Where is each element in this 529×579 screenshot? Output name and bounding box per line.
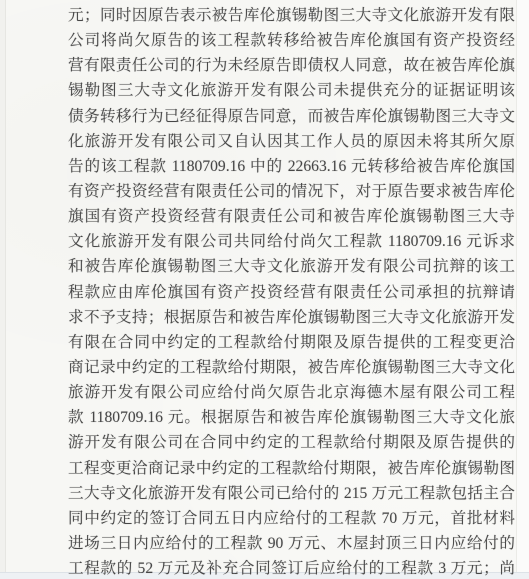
document-line: 求不予支持；根据原告和被告库伦旗锡勒图三大寺文化旅游开发 xyxy=(68,305,515,330)
document-line: 同中约定的签订合同五日内应给付的工程款 70 万元，首批材料 xyxy=(68,506,515,531)
document-line: 化旅游开发有限公司又自认因其工作人员的原因未将其所欠原 xyxy=(68,129,515,154)
document-line: 有资产投资经营有限责任公司的情况下，对于原告要求被告库伦 xyxy=(68,179,515,204)
document-line: 营有限责任公司的行为未经原告即债权人同意，故在被告库伦旗 xyxy=(68,53,515,78)
document-line: 工程款的 52 万元及补充合同签订后应给付的工程款 3 万元；尚 xyxy=(68,556,515,579)
document-line: 告的该工程款 1180709.16 中的 22663.16 元转移给被告库伦旗国 xyxy=(68,154,515,179)
document-line: 款 1180709.16 元。根据原告和被告库伦旗锡勒图三大寺文化旅 xyxy=(68,405,515,430)
scan-edge-left xyxy=(0,0,6,579)
document-line: 旅游开发有限公司应给付尚欠原告北京海德木屋有限公司工程 xyxy=(68,380,515,405)
document-line: 进场三日内应给付的工程款 90 万元、木屋封顶三日内应给付的 xyxy=(68,531,515,556)
scan-edge-right xyxy=(516,0,529,579)
document-line: 旗国有资产投资经营有限责任公司和被告库伦旗锡勒图三大寺 xyxy=(68,204,515,229)
document-line: 工程变更洽商记录中约定的工程款给付期限，被告库伦旗锡勒图 xyxy=(68,456,515,481)
document-line: 游开发有限公司在合同中约定的工程款给付期限及原告提供的 xyxy=(68,430,515,455)
document-line: 元；同时因原告表示被告库伦旗锡勒图三大寺文化旅游开发有限 xyxy=(68,3,515,28)
judgment-text-block: 元；同时因原告表示被告库伦旗锡勒图三大寺文化旅游开发有限 公司将尚欠原告的该工程… xyxy=(68,3,515,579)
document-line: 商记录中约定的工程款给付期限，被告库伦旗锡勒图三大寺文化 xyxy=(68,355,515,380)
document-line: 三大寺文化旅游开发有限公司已给付的 215 万元工程款包括主合 xyxy=(68,481,515,506)
document-line: 债务转移行为已经征得原告同意，而被告库伦旗锡勒图三大寺文 xyxy=(68,104,515,129)
document-line: 锡勒图三大寺文化旅游开发有限公司未提供充分的证据证明该 xyxy=(68,78,515,103)
document-line: 有限在合同中约定的工程款给付期限及原告提供的工程变更洽 xyxy=(68,330,515,355)
scanned-document-page: 元；同时因原告表示被告库伦旗锡勒图三大寺文化旅游开发有限 公司将尚欠原告的该工程… xyxy=(0,0,529,579)
document-line: 和被告库伦旗锡勒图三大寺文化旅游开发有限公司抗辩的该工 xyxy=(68,254,515,279)
document-line: 公司将尚欠原告的该工程款转移给被告库伦旗国有资产投资经 xyxy=(68,28,515,53)
document-line: 文化旅游开发有限公司共同给付尚欠工程款 1180709.16 元诉求 xyxy=(68,229,515,254)
document-line: 程款应由库伦旗国有资产投资经营有限责任公司承担的抗辩请 xyxy=(68,280,515,305)
